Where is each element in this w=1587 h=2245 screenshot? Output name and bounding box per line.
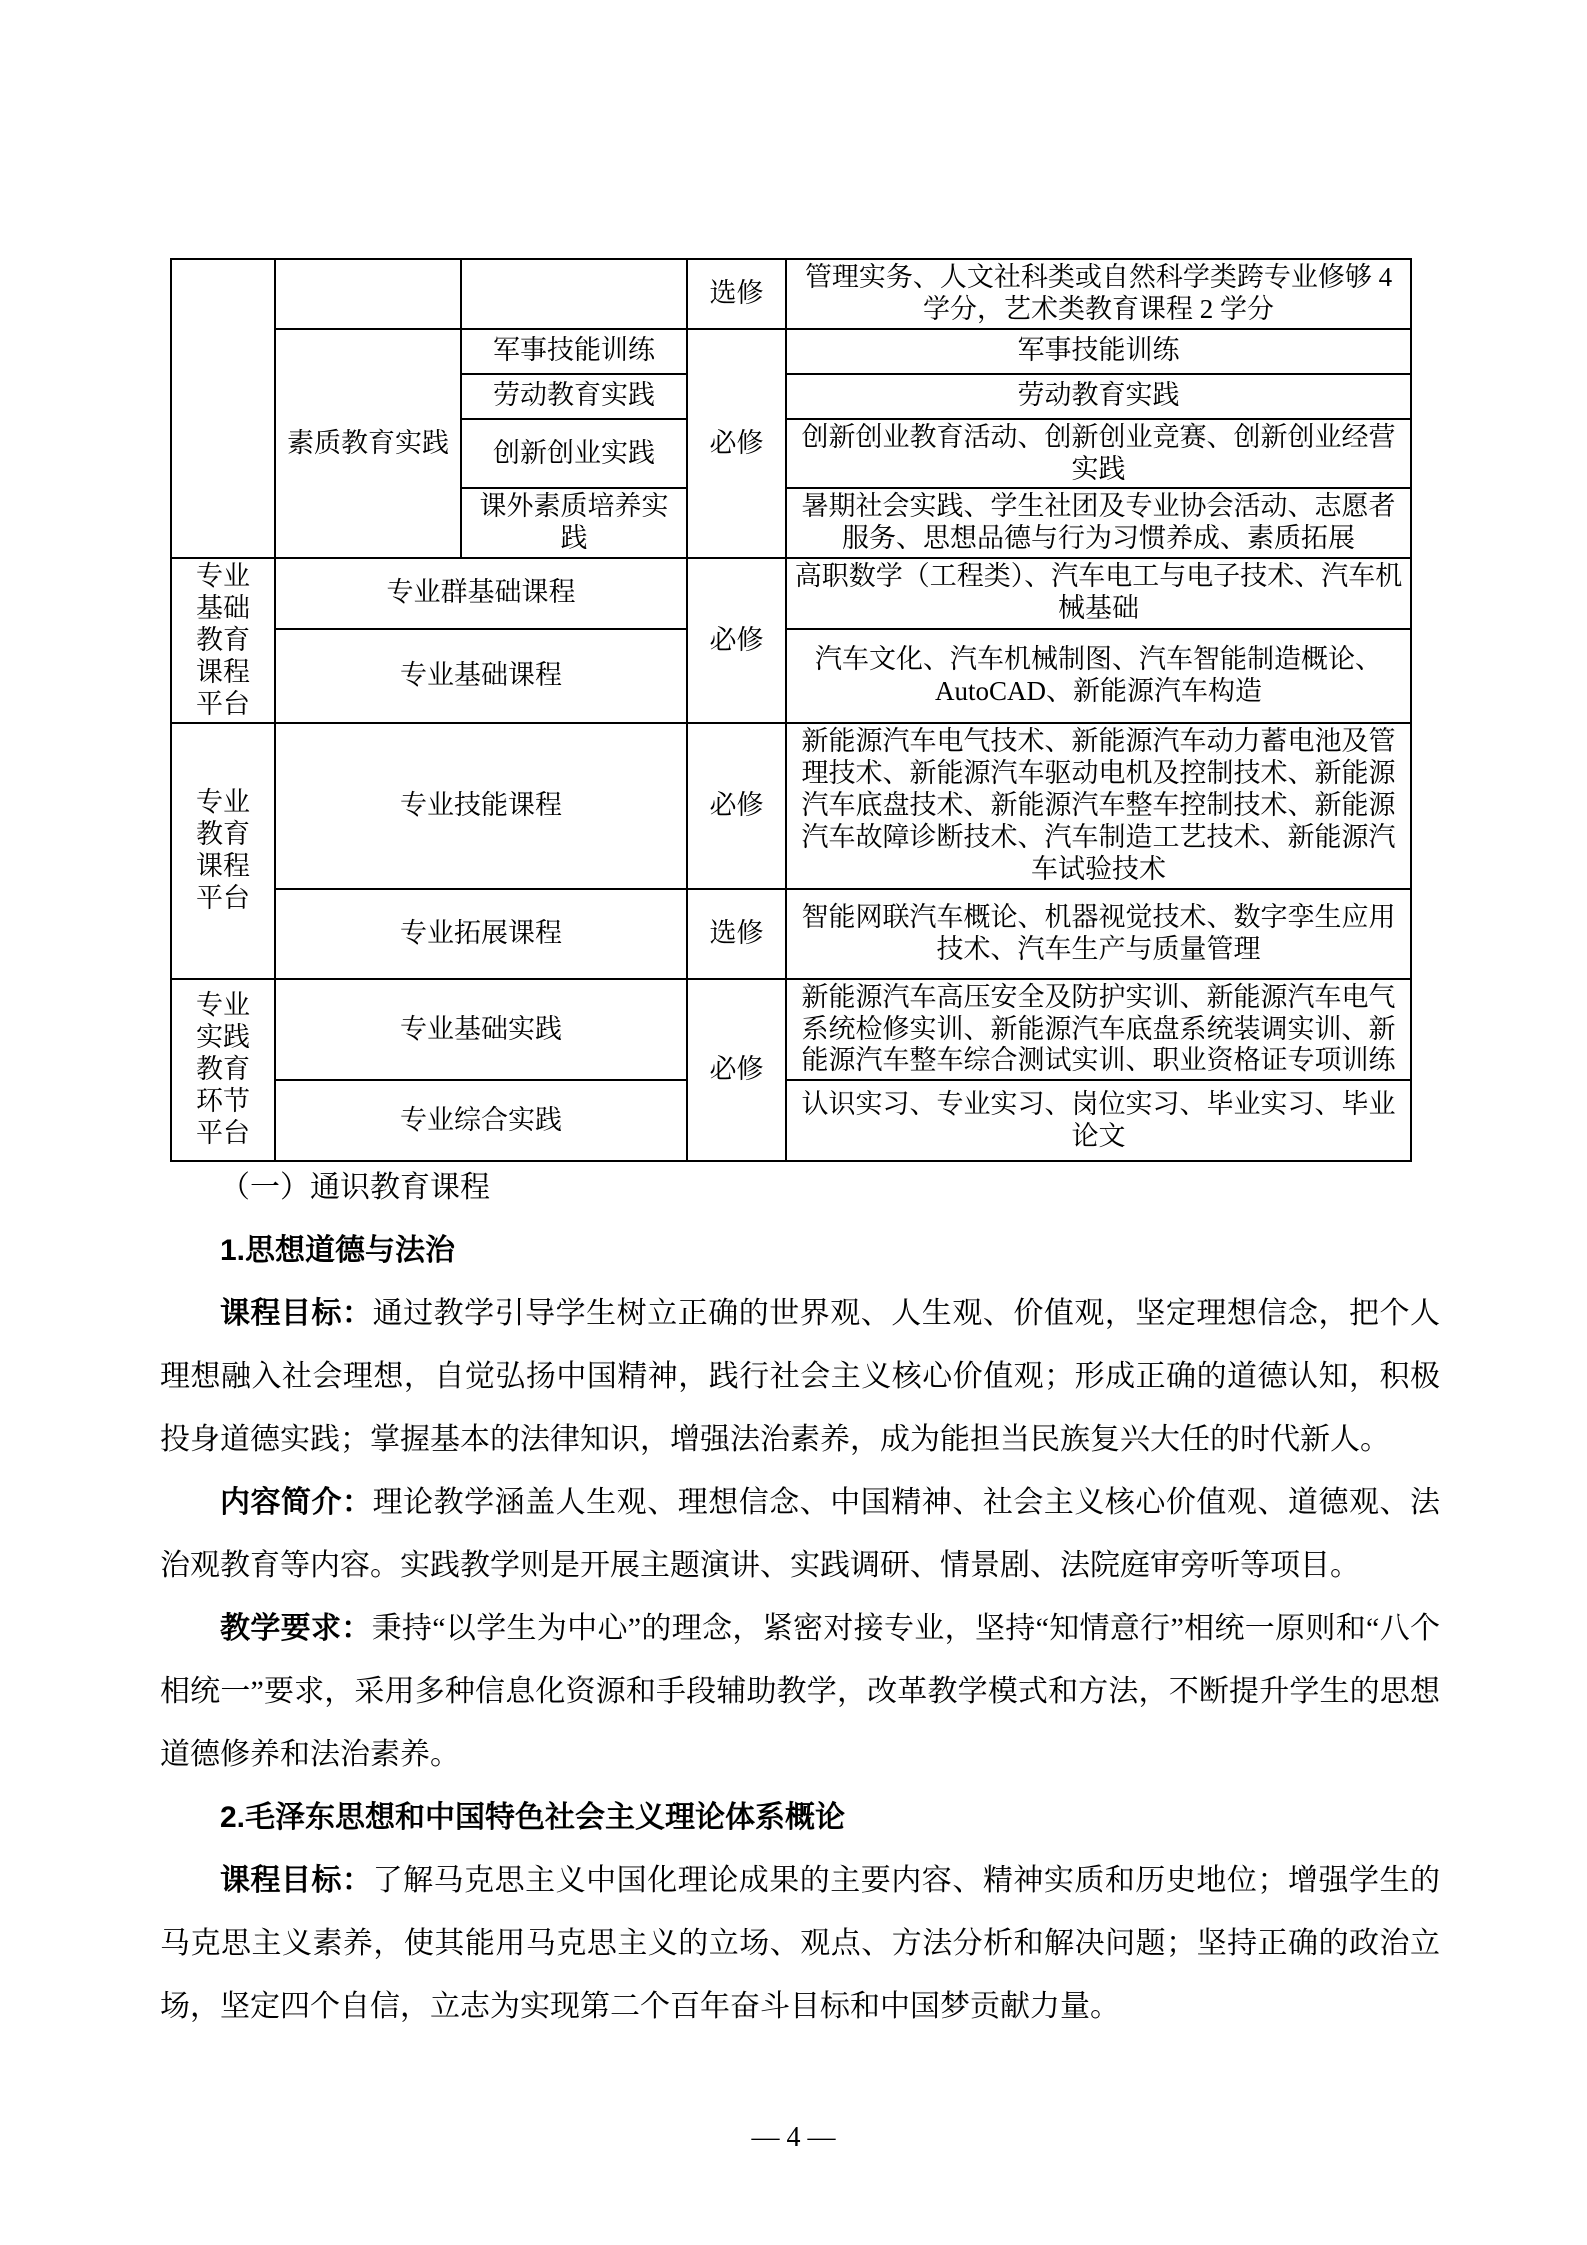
course-type-cell: 必修: [687, 723, 786, 888]
course-1-title: 1.思想道德与法治: [160, 1219, 1440, 1282]
curriculum-table: 选修 管理实务、人文社科类或自然科学类跨专业修够 4 学分，艺术类教育课程 2 …: [170, 258, 1412, 1162]
subcategory-cell: 劳动教育实践: [461, 374, 687, 419]
course-list-cell: 军事技能训练: [786, 329, 1411, 374]
course-list-cell: 高职数学（工程类）、汽车电工与电子技术、汽车机械基础: [786, 558, 1411, 628]
course-list-cell: 暑期社会实践、学生社团及专业协会活动、志愿者服务、思想品德与行为习惯养成、素质拓…: [786, 488, 1411, 558]
course-type-cell: 必修: [687, 558, 786, 723]
table-row: 专业基础课程 汽车文化、汽车机械制图、汽车智能制造概论、AutoCAD、新能源汽…: [171, 629, 1411, 724]
course-list-cell: 新能源汽车电气技术、新能源汽车动力蓄电池及管理技术、新能源汽车驱动电机及控制技术…: [786, 723, 1411, 888]
course-list-cell: 新能源汽车高压安全及防护实训、新能源汽车电气系统检修实训、新能源汽车底盘系统装调…: [786, 979, 1411, 1081]
platform-cell-empty: [171, 259, 275, 558]
subcategory-cell-empty: [461, 259, 687, 329]
platform-cell: 专业 教育 课程 平台: [171, 723, 275, 978]
subcategory-cell: 专业综合实践: [275, 1080, 687, 1161]
table-row: 专业 基础 教育 课程 平台 专业群基础课程 必修 高职数学（工程类）、汽车电工…: [171, 558, 1411, 628]
table-row: 专业 实践 教育 环节 平台 专业基础实践 必修 新能源汽车高压安全及防护实训、…: [171, 979, 1411, 1081]
category-cell-empty: [275, 259, 461, 329]
subcategory-cell: 专业技能课程: [275, 723, 687, 888]
category-cell: 素质教育实践: [275, 329, 461, 558]
paragraph-label: 教学要求：: [220, 1612, 372, 1645]
course-1-intro-paragraph: 内容简介：理论教学涵盖人生观、理想信念、中国精神、社会主义核心价值观、道德观、法…: [160, 1471, 1440, 1597]
course-type-cell: 选修: [687, 889, 786, 979]
subcategory-cell: 创新创业实践: [461, 419, 687, 489]
subcategory-cell: 专业群基础课程: [275, 558, 687, 628]
course-list-cell: 认识实习、专业实习、岗位实习、毕业实习、毕业论文: [786, 1080, 1411, 1161]
subcategory-cell: 课外素质培养实践: [461, 488, 687, 558]
course-1-goal-paragraph: 课程目标：通过教学引导学生树立正确的世界观、人生观、价值观，坚定理想信念，把个人…: [160, 1282, 1440, 1471]
course-1-requirement-paragraph: 教学要求：秉持“以学生为中心”的理念，紧密对接专业，坚持“知情意行”相统一原则和…: [160, 1597, 1440, 1786]
table-row: 专业 教育 课程 平台 专业技能课程 必修 新能源汽车电气技术、新能源汽车动力蓄…: [171, 723, 1411, 888]
course-2-goal-paragraph: 课程目标：了解马克思主义中国化理论成果的主要内容、精神实质和历史地位；增强学生的…: [160, 1849, 1440, 2038]
table-row: 选修 管理实务、人文社科类或自然科学类跨专业修够 4 学分，艺术类教育课程 2 …: [171, 259, 1411, 329]
platform-cell: 专业 基础 教育 课程 平台: [171, 558, 275, 723]
course-type-cell: 必修: [687, 329, 786, 558]
subcategory-cell: 专业基础实践: [275, 979, 687, 1081]
section-heading: （一）通识教育课程: [160, 1156, 1440, 1219]
body-text: （一）通识教育课程 1.思想道德与法治 课程目标：通过教学引导学生树立正确的世界…: [160, 1156, 1440, 2038]
subcategory-cell: 专业拓展课程: [275, 889, 687, 979]
course-list-cell: 汽车文化、汽车机械制图、汽车智能制造概论、AutoCAD、新能源汽车构造: [786, 629, 1411, 724]
paragraph-label: 课程目标：: [220, 1864, 373, 1897]
platform-cell: 专业 实践 教育 环节 平台: [171, 979, 275, 1162]
course-2-title: 2.毛泽东思想和中国特色社会主义理论体系概论: [160, 1786, 1440, 1849]
document-page: 选修 管理实务、人文社科类或自然科学类跨专业修够 4 学分，艺术类教育课程 2 …: [0, 0, 1587, 2245]
course-list-cell: 管理实务、人文社科类或自然科学类跨专业修够 4 学分，艺术类教育课程 2 学分: [786, 259, 1411, 329]
paragraph-label: 内容简介：: [220, 1486, 373, 1519]
table-row: 专业拓展课程 选修 智能网联汽车概论、机器视觉技术、数字孪生应用技术、汽车生产与…: [171, 889, 1411, 979]
paragraph-label: 课程目标：: [220, 1297, 373, 1330]
page-footer: — 4 —: [0, 2122, 1587, 2154]
course-list-cell: 劳动教育实践: [786, 374, 1411, 419]
subcategory-cell: 军事技能训练: [461, 329, 687, 374]
course-list-cell: 智能网联汽车概论、机器视觉技术、数字孪生应用技术、汽车生产与质量管理: [786, 889, 1411, 979]
course-list-cell: 创新创业教育活动、创新创业竞赛、创新创业经营实践: [786, 419, 1411, 489]
course-type-cell: 必修: [687, 979, 786, 1162]
subcategory-cell: 专业基础课程: [275, 629, 687, 724]
page-number: — 4 —: [752, 2122, 836, 2153]
table-row: 素质教育实践 军事技能训练 必修 军事技能训练: [171, 329, 1411, 374]
table-row: 专业综合实践 认识实习、专业实习、岗位实习、毕业实习、毕业论文: [171, 1080, 1411, 1161]
course-type-cell: 选修: [687, 259, 786, 329]
